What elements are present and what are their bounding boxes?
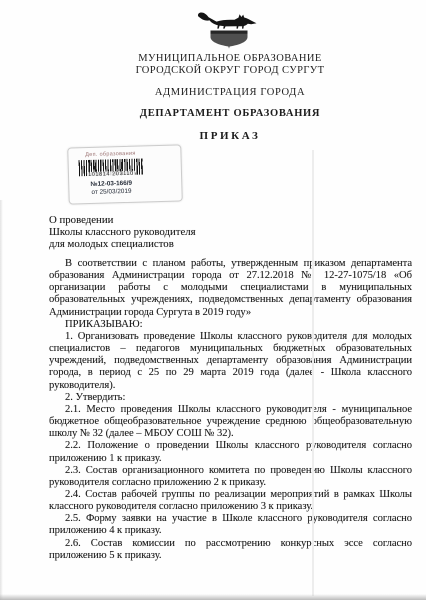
surgut-coat-of-arms-icon: [196, 11, 262, 49]
sticker-content: Деп. образования 101814 203110 №12-03-16…: [73, 150, 148, 197]
sticker-reg-date: от 25/03/2019: [74, 187, 148, 197]
administration-line: АДМИНИСТРАЦИЯ ГОРОДА: [49, 87, 411, 99]
subject-line: О проведении: [49, 214, 349, 226]
scan-artifact-bottom-edge: [0, 594, 426, 600]
order-item-1: 1. Организовать проведение Школы классно…: [49, 331, 412, 392]
order-item-2-6: 2.6. Состав комиссии по рассмотрению кон…: [49, 538, 412, 562]
order-body: В соответствии с планом работы, утвержде…: [49, 258, 412, 562]
shield-top-band: [211, 31, 248, 34]
department-line: ДЕПАРТАМЕНТ ОБРАЗОВАНИЯ: [49, 108, 411, 120]
paragraph-preamble: В соответствии с планом работы, утвержде…: [49, 258, 412, 319]
barcode-number: 101814 203110: [74, 170, 148, 178]
order-item-2: 2. Утвердить:: [49, 392, 412, 404]
subject-block: О проведении Школы классного руководител…: [49, 214, 349, 251]
subject-line: Школы классного руководителя: [49, 226, 349, 238]
letterhead: МУНИЦИПАЛЬНОЕ ОБРАЗОВАНИЕ ГОРОДСКОЙ ОКРУ…: [49, 53, 411, 142]
scan-artifact-vertical-line: [312, 150, 314, 596]
scanned-order-page: МУНИЦИПАЛЬНОЕ ОБРАЗОВАНИЕ ГОРОДСКОЙ ОКРУ…: [0, 0, 426, 600]
municipality-line2: ГОРОДСКОЙ ОКРУГ ГОРОД СУРГУТ: [49, 65, 411, 77]
order-item-2-2: 2.2. Положение о проведении Школы классн…: [49, 440, 412, 464]
subject-line: для молодых специалистов: [49, 238, 349, 250]
order-item-2-3: 2.3. Состав организационного комитета по…: [49, 465, 412, 489]
municipality-line1: МУНИЦИПАЛЬНОЕ ОБРАЗОВАНИЕ: [49, 53, 411, 65]
scan-artifact-left-edge: [0, 200, 3, 600]
registration-sticker: Деп. образования 101814 203110 №12-03-16…: [67, 144, 183, 204]
doc-type-title: ПРИКАЗ: [49, 130, 411, 142]
order-keyword: ПРИКАЗЫВАЮ:: [49, 319, 412, 331]
shield-bottom-tip: [228, 46, 229, 48]
order-item-2-1: 2.1. Место проведения Школы классного ру…: [49, 404, 412, 440]
order-item-2-5: 2.5. Форму заявки на участие в Школе кла…: [49, 513, 412, 537]
order-item-2-4: 2.4. Состав рабочей группы по реализации…: [49, 489, 412, 513]
fox-icon: [198, 12, 257, 28]
barcode-number-text: 101814 203110: [87, 171, 135, 178]
